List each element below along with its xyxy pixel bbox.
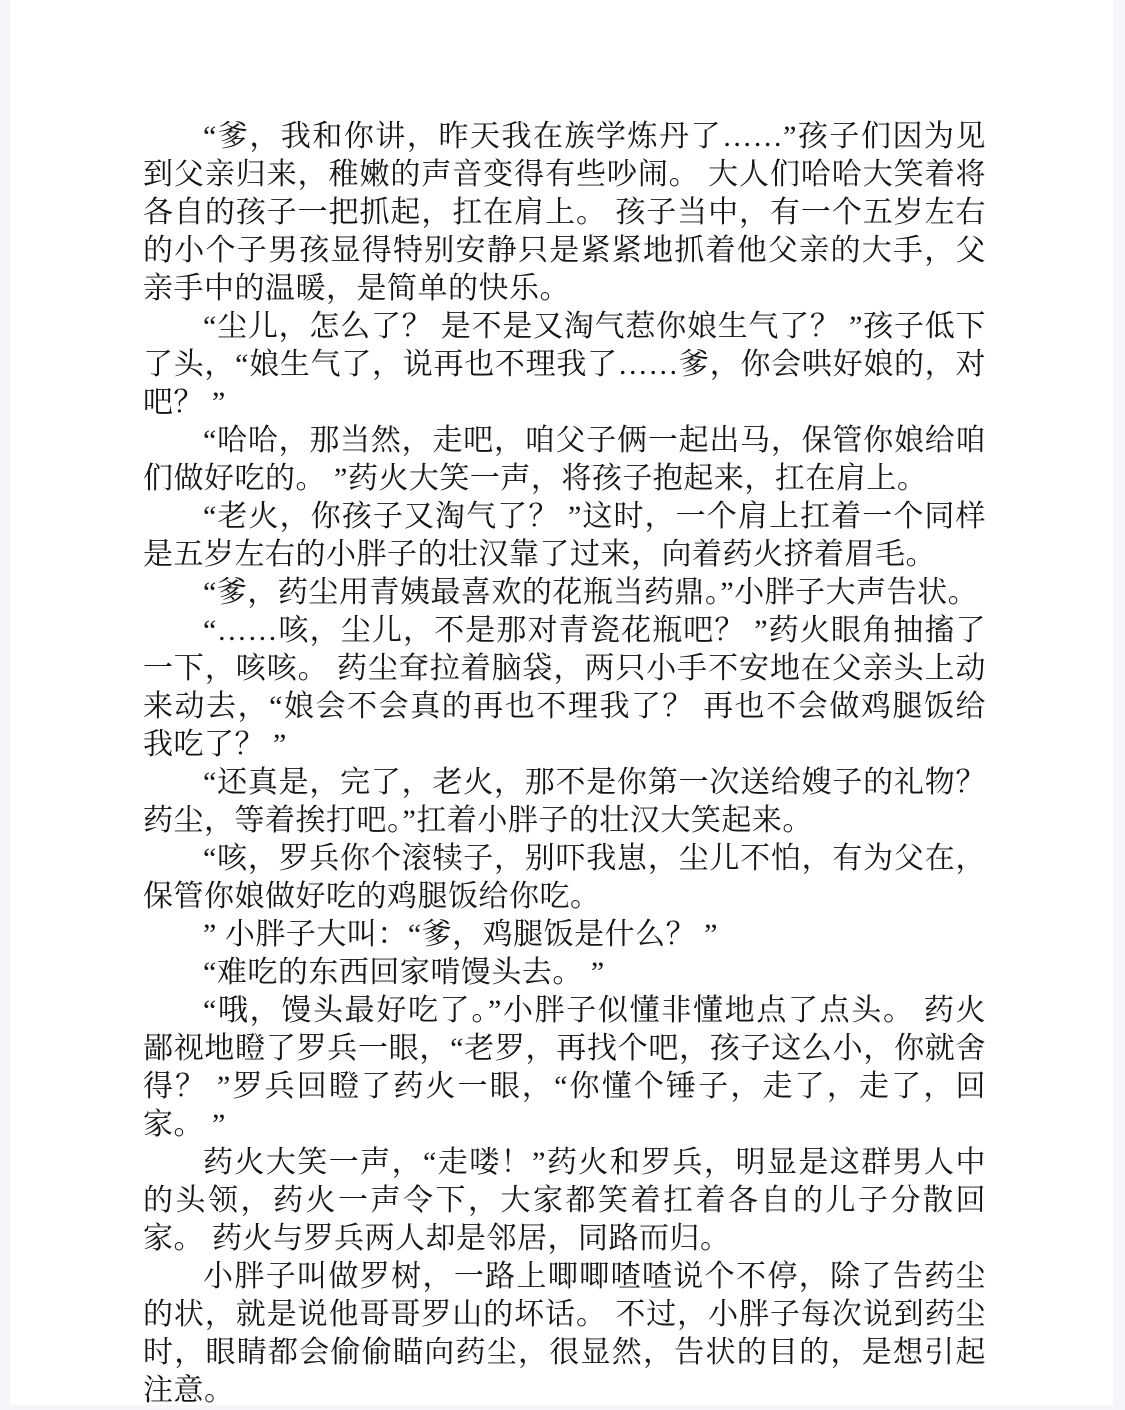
paragraph: “老火，你孩子又淘气了？ ”这时，一个肩上扛着一个同样是五岁左右的小胖子的壮汉靠…	[143, 498, 986, 574]
paragraph: “爹，药尘用青姨最喜欢的花瓶当药鼎。”小胖子大声告状。	[143, 574, 986, 612]
document-viewer: “爹，我和你讲，昨天我在族学炼丹了……”孩子们因为见到父亲归来，稚嫩的声音变得有…	[0, 0, 1125, 1410]
paragraph: “咳，罗兵你个滚犊子，别吓我崽，尘儿不怕，有为父在，保管你娘做好吃的鸡腿饭给你吃…	[143, 840, 986, 916]
paragraph: ” 小胖子大叫：“爹，鸡腿饭是什么？ ”	[143, 916, 986, 954]
paragraph: “还真是，完了，老火，那不是你第一次送给嫂子的礼物？ 药尘，等着挨打吧。”扛着小…	[143, 764, 986, 840]
paragraph: “……咳，尘儿，不是那对青瓷花瓶吧？ ”药火眼角抽搐了一下，咳咳。 药尘耷拉着脑…	[143, 612, 986, 764]
paragraph: 药火大笑一声，“走喽！”药火和罗兵，明显是这群男人中的头领，药火一声令下，大家都…	[143, 1144, 986, 1258]
paragraph: “尘儿，怎么了？ 是不是又淘气惹你娘生气了？ ”孩子低下了头，“娘生气了，说再也…	[143, 308, 986, 422]
paragraph: “哦，馒头最好吃了。”小胖子似懂非懂地点了点头。 药火鄙视地瞪了罗兵一眼，“老罗…	[143, 992, 986, 1144]
text-block: “爹，我和你讲，昨天我在族学炼丹了……”孩子们因为见到父亲归来，稚嫩的声音变得有…	[10, 0, 1113, 1410]
paragraph: “难吃的东西回家啃馒头去。 ”	[143, 954, 986, 992]
paragraph: “爹，我和你讲，昨天我在族学炼丹了……”孩子们因为见到父亲归来，稚嫩的声音变得有…	[143, 118, 986, 308]
document-page: “爹，我和你讲，昨天我在族学炼丹了……”孩子们因为见到父亲归来，稚嫩的声音变得有…	[10, 0, 1113, 1405]
paragraph: “哈哈，那当然，走吧，咱父子俩一起出马，保管你娘给咱们做好吃的。 ”药火大笑一声…	[143, 422, 986, 498]
paragraph: 小胖子叫做罗树，一路上唧唧喳喳说个不停，除了告药尘的状，就是说他哥哥罗山的坏话。…	[143, 1258, 986, 1410]
